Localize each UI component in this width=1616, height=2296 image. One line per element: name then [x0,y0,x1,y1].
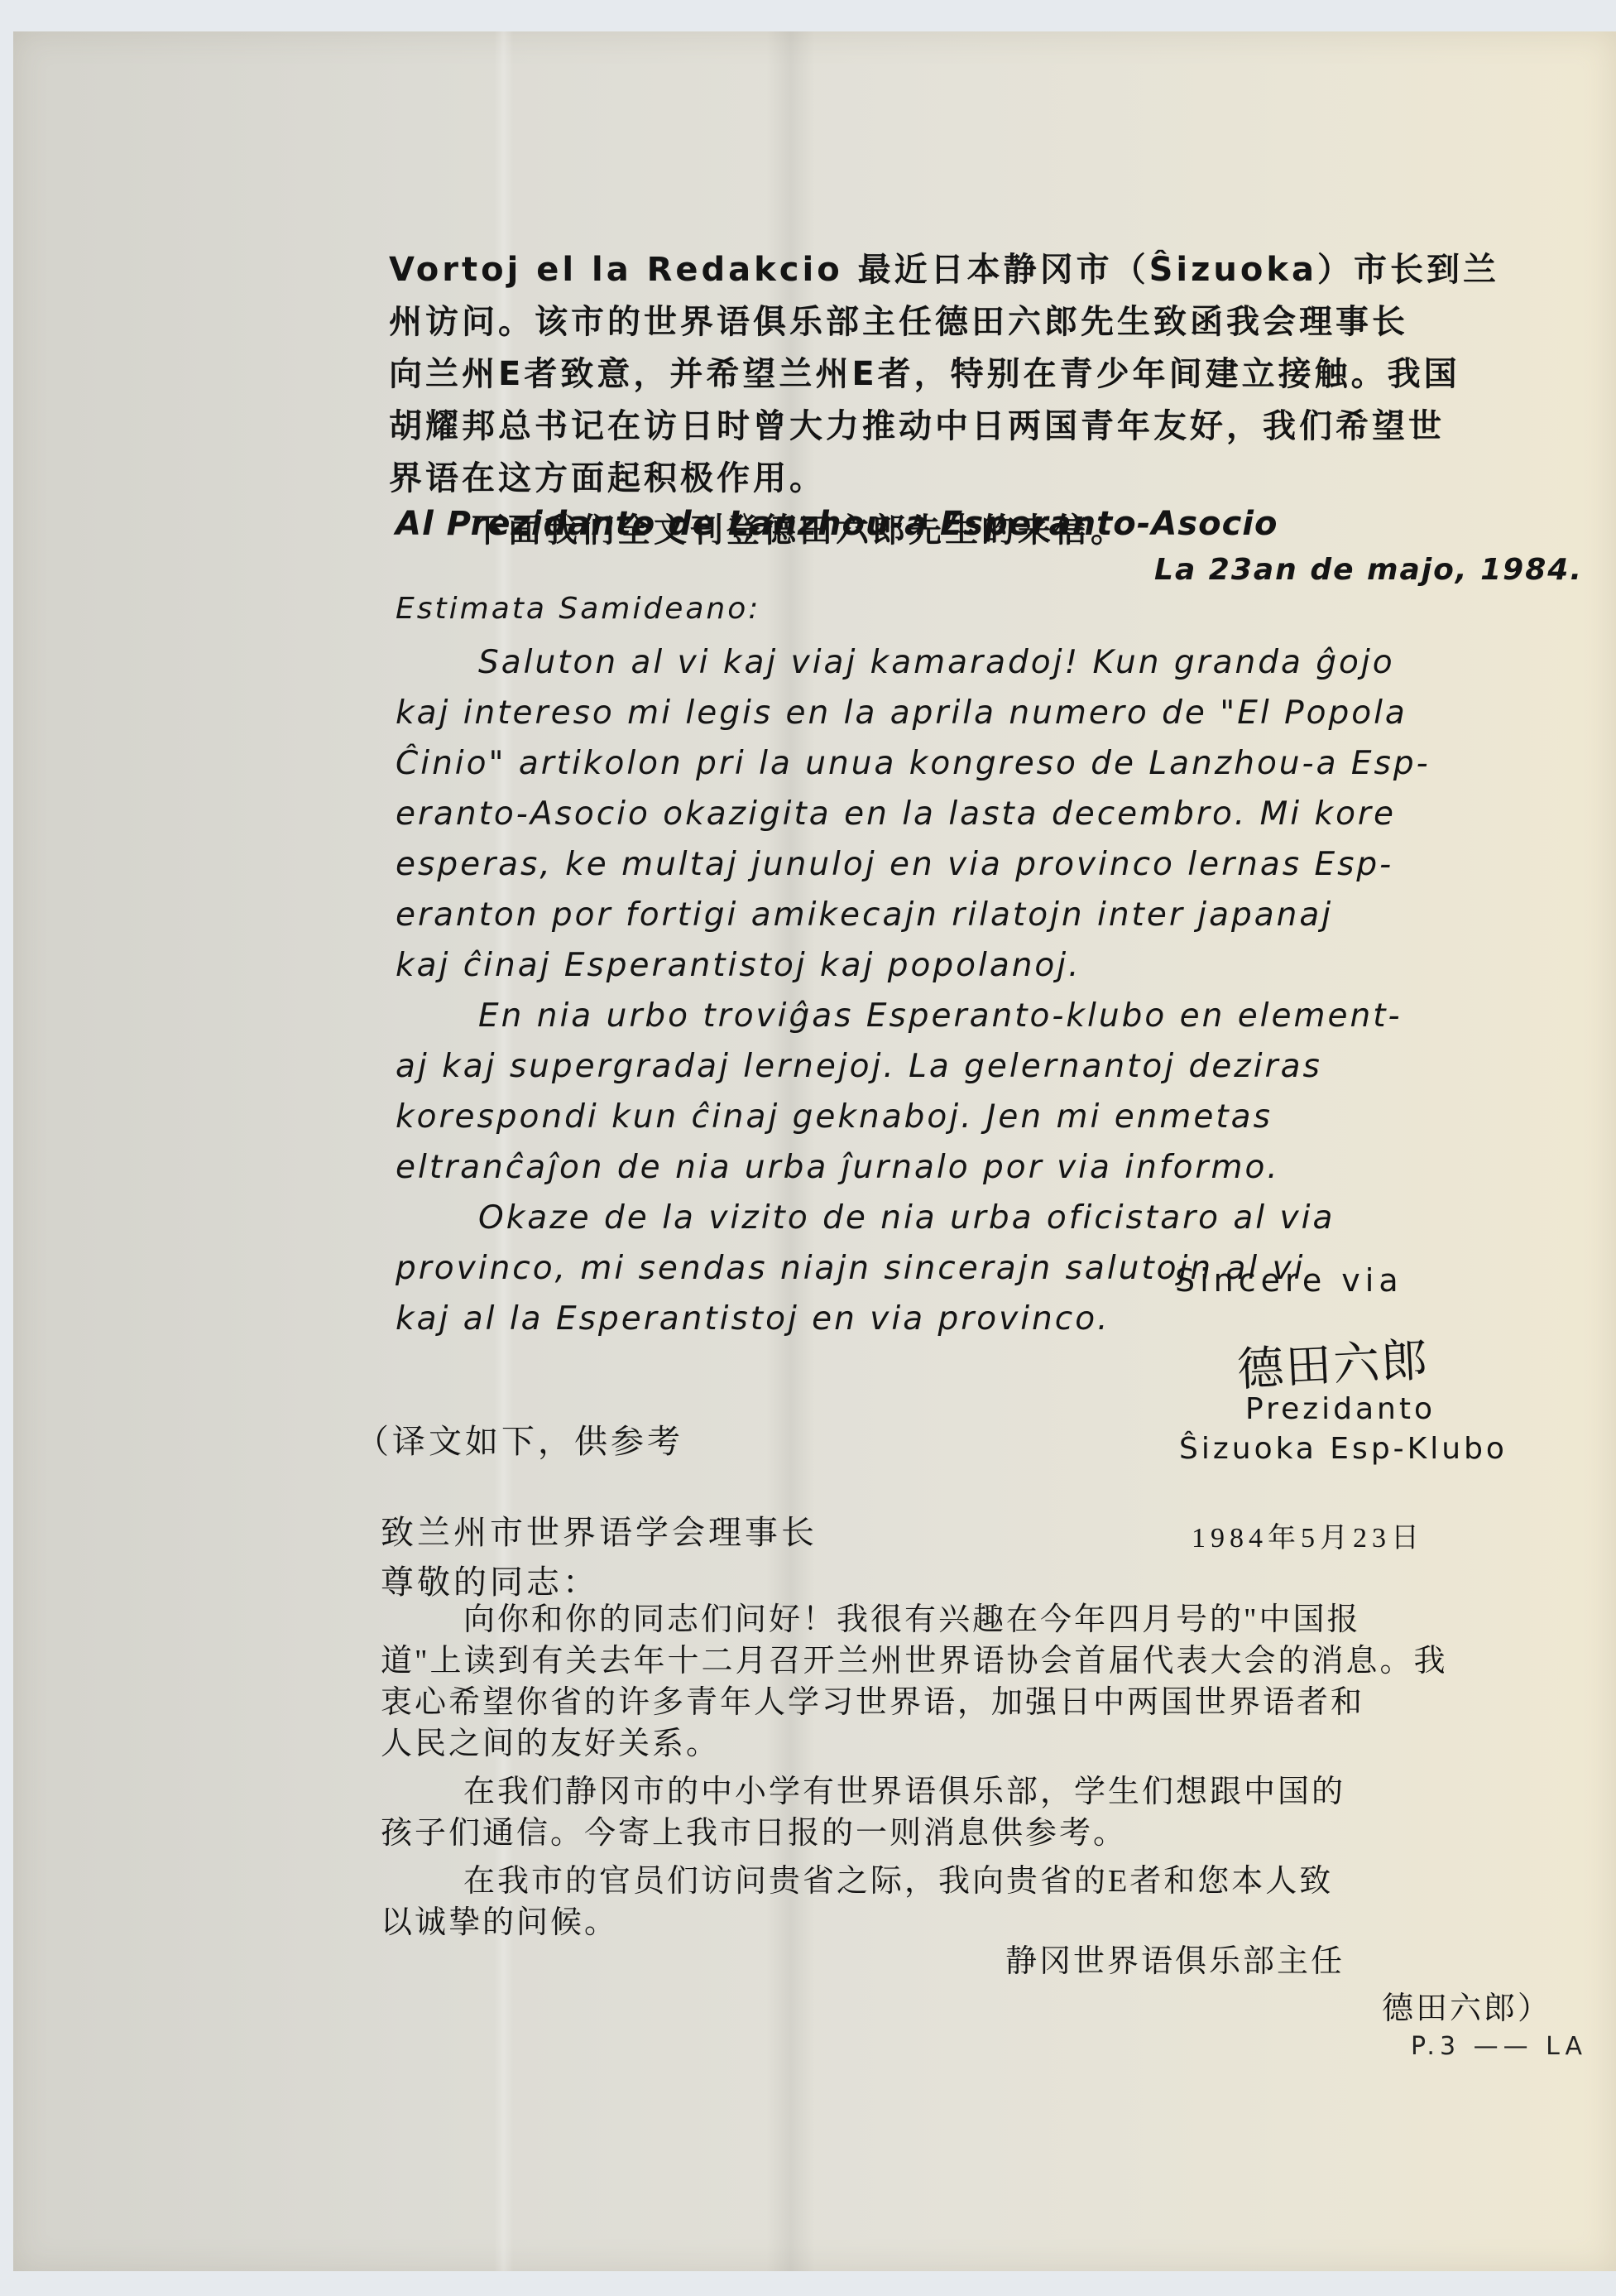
letter-addressee: Al Prezidanto de Lanzhou-a Esperanto-Aso… [396,505,1278,543]
letter-body-line: Ĉinio" artikolon pri la unua kongreso de… [396,738,1554,789]
page-number-mark: P.3 —— LA [1411,2032,1587,2061]
translation-intro: （译文如下，供参考 [356,1415,683,1463]
letter-body-line: En nia urbo troviĝas Esperanto-klubo en … [396,991,1554,1041]
letter-date: La 23an de majo, 1984. [1154,553,1583,587]
translation-body-line: 在我市的官员们访问贵省之际，我向贵省的E者和您本人致 [381,1861,1589,1902]
letter-body-line: aj kaj supergradaj lernejoj. La gelernan… [396,1041,1554,1092]
letter-closing: Sincere via [1175,1262,1403,1299]
translation-body-line: 衷心希望你省的许多青年人学习世界语，加强日中两国世界语者和 [381,1682,1589,1723]
letter-body-line: esperas, ke multaj junuloj en via provin… [396,839,1554,890]
translation-body-line: 人民之间的友好关系。 [381,1723,1589,1765]
editor-note-line: 州访问。该市的世界语俱乐部主任德田六郎先生致函我会理事长 [389,296,1597,348]
translation-body-line: 在我们静冈市的中小学有世界语俱乐部，学生们想跟中国的 [381,1771,1589,1813]
translation-body: 向你和你的同志们问好！我很有兴趣在今年四月号的"中国报道"上读到有关去年十二月召… [381,1599,1589,1943]
letter-body-line: Okaze de la vizito de nia urba oficistar… [396,1193,1554,1243]
letter-body-line: eranto-Asocio okazigita en la lasta dece… [396,789,1554,839]
editor-note-line: Vortoj el la Redakcio 最近日本静冈市（Ŝizuoka）市长… [389,244,1597,296]
letter-body: Saluton al vi kaj viaj kamaradoj! Kun gr… [396,637,1554,1344]
translation-signer-name: 德田六郎） [1382,1982,1551,2028]
editor-note-line: 胡耀邦总书记在访日时曾大力推动中日两国青年友好，我们希望世 [389,401,1597,453]
translation-salutation: 尊敬的同志： [381,1556,599,1603]
handwritten-signature: 德田六郎 [1235,1323,1431,1400]
translation-date: 1984年5月23日 [1192,1515,1424,1555]
letter-salutation: Estimata Samideano: [396,592,760,626]
addressee-text: Al Prezidanto de Lanzhou-a Esperanto-Aso… [396,505,1278,543]
letter-body-line: eltranĉaĵon de nia urba ĵurnalo por via … [396,1142,1554,1193]
translation-body-line: 以诚挚的问候。 [381,1902,1589,1943]
translation-addressee: 致兰州市世界语学会理事长 [381,1506,818,1554]
translation-body-line: 道"上读到有关去年十二月召开兰州世界语协会首届代表大会的消息。我 [381,1640,1589,1682]
letter-body-line: eranton por fortigi amikecajn rilatojn i… [396,890,1554,940]
editor-note-line: 界语在这方面起积极作用。 [389,453,1597,505]
editor-note-line: 向兰州E者致意，并希望兰州E者，特别在青少年间建立接触。我国 [389,348,1597,401]
letter-body-line: kaj intereso mi legis en la aprila numer… [396,688,1554,738]
translation-body-line: 孩子们通信。今寄上我市日报的一则消息供参考。 [381,1813,1589,1854]
signer-title: Prezidanto [1245,1392,1436,1426]
letter-body-line: korespondi kun ĉinaj geknaboj. Jen mi en… [396,1092,1554,1142]
letter-body-line: Saluton al vi kaj viaj kamaradoj! Kun gr… [396,637,1554,688]
translation-body-line: 向你和你的同志们问好！我很有兴趣在今年四月号的"中国报 [381,1599,1589,1640]
signer-club: Ŝizuoka Esp-Klubo [1179,1432,1508,1466]
letter-body-line: kaj ĉinaj Esperantistoj kaj popolanoj. [396,940,1554,991]
translation-signer-org: 静冈世界语俱乐部主任 [1005,1935,1345,1981]
